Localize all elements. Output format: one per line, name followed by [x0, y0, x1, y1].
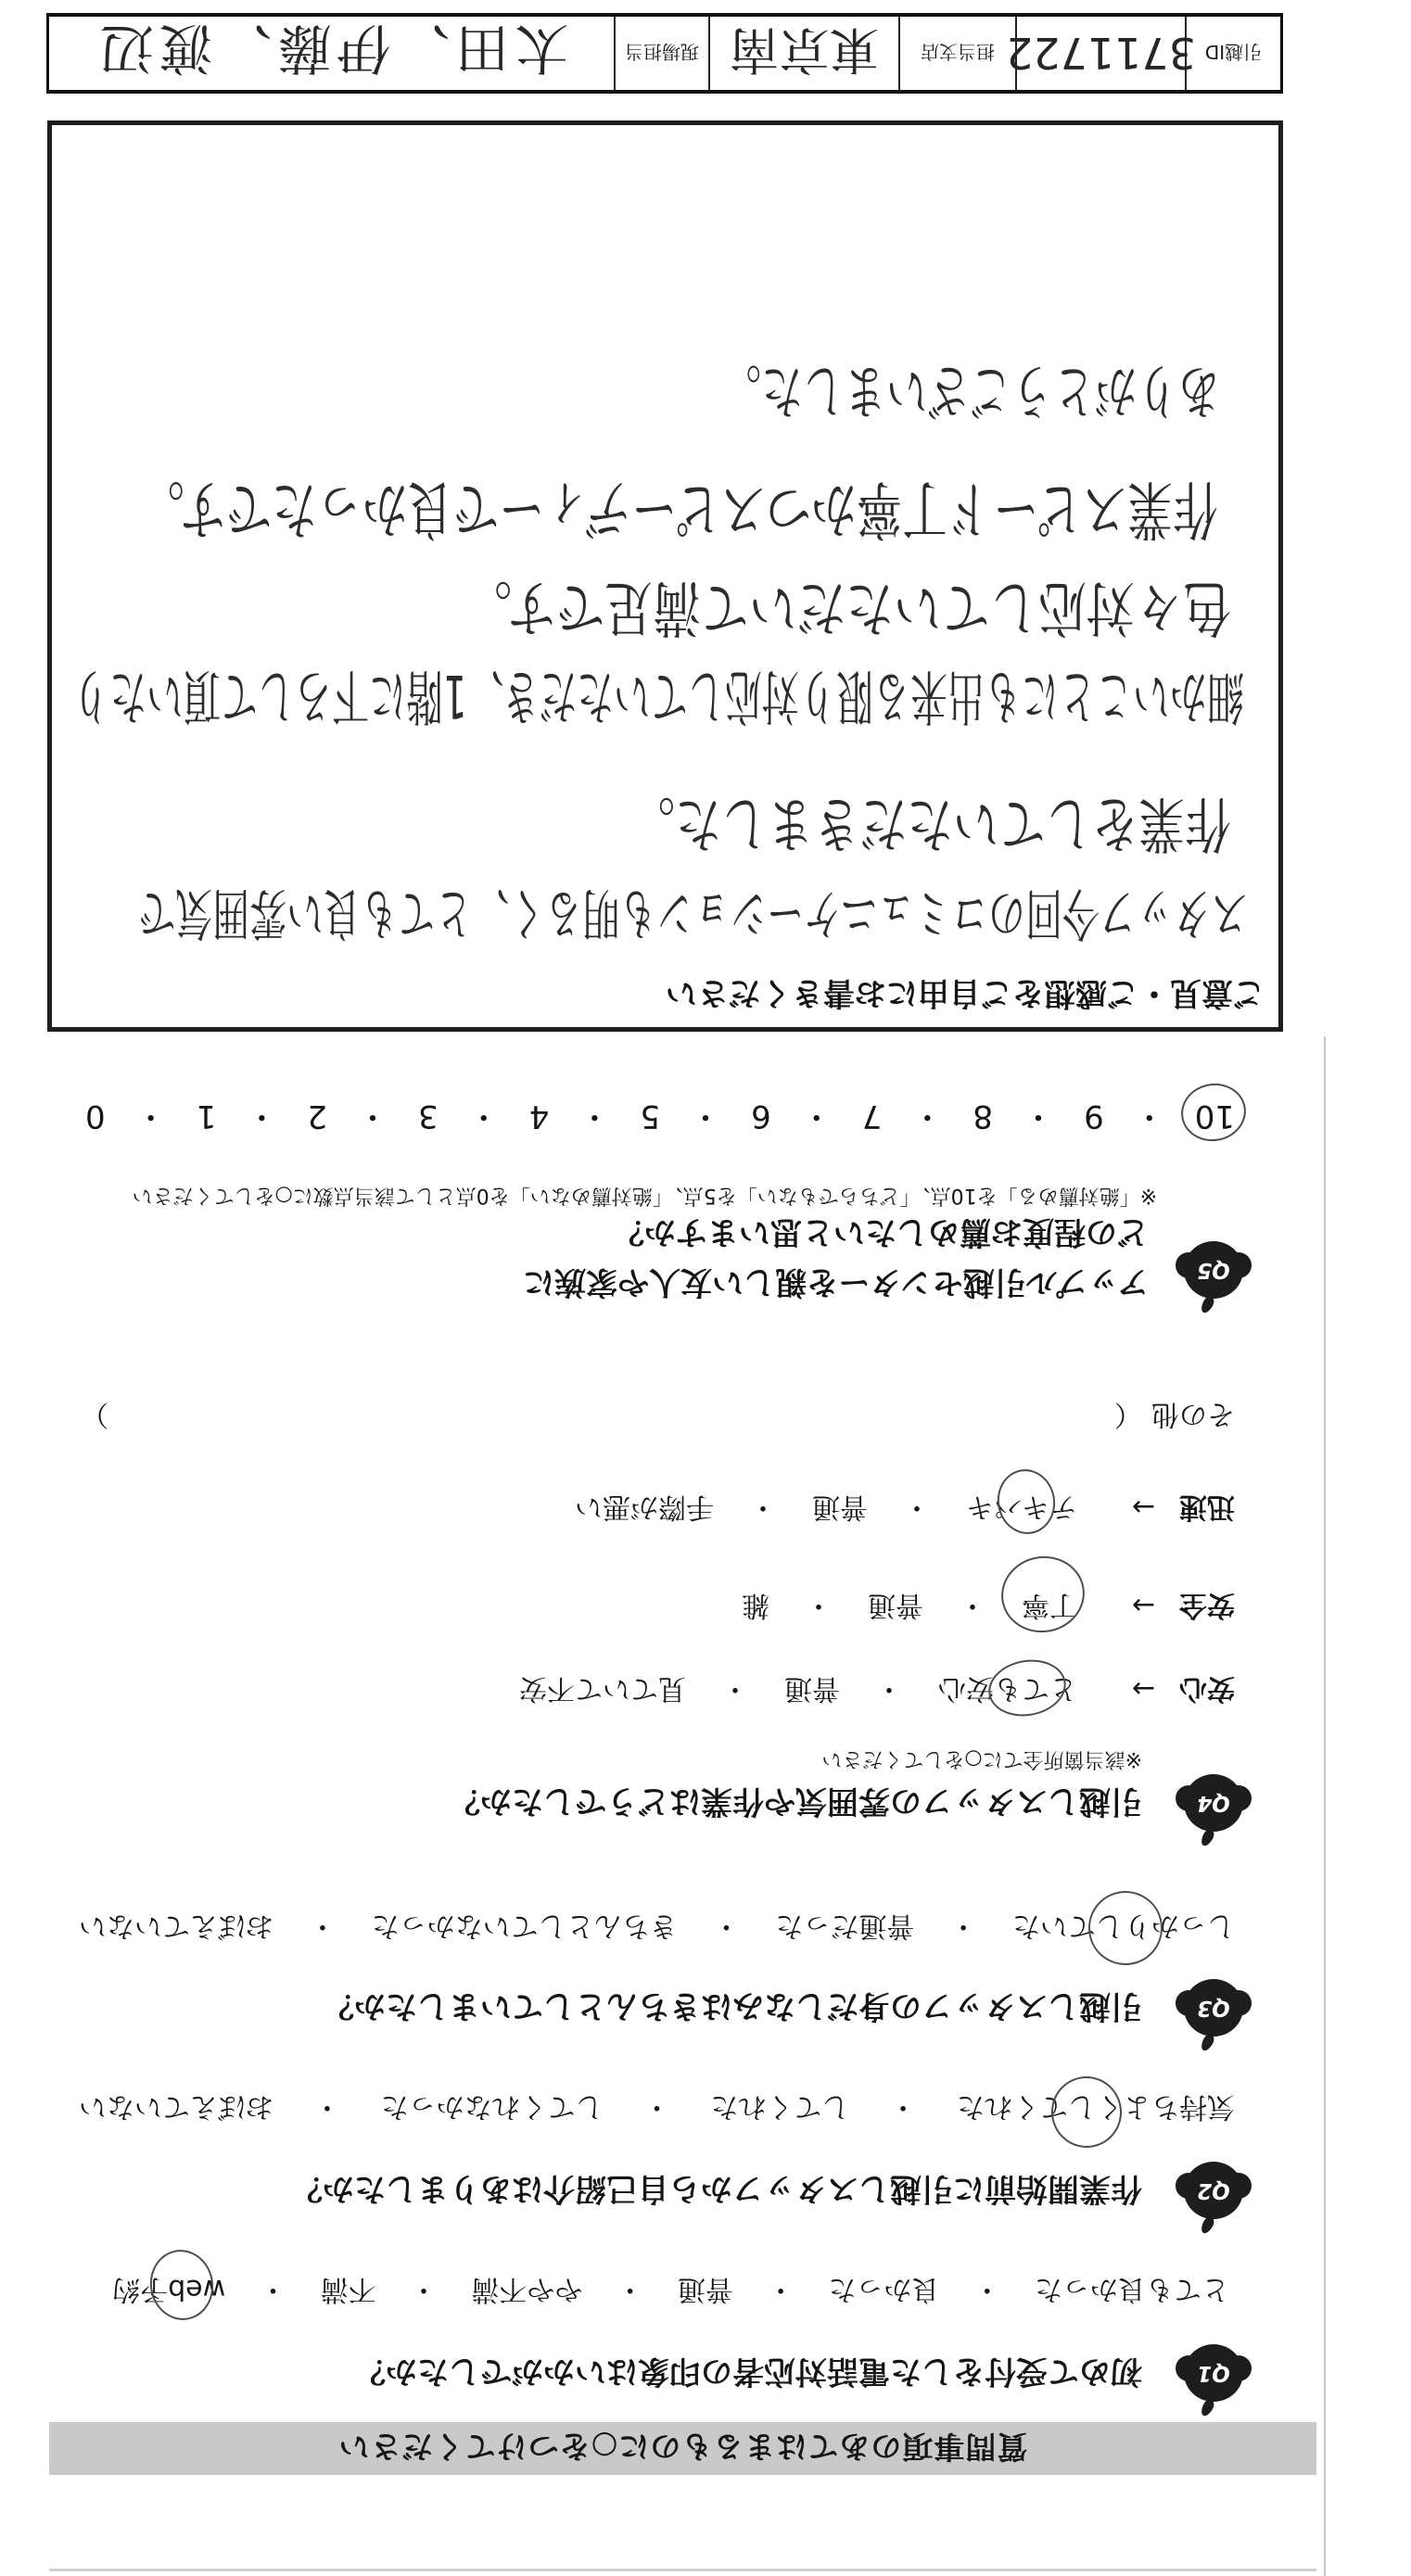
option: とても良かった: [1035, 2273, 1229, 2304]
q4-row-relief: 安心 → とても安心 ・ 普通 ・ 見ていて不安: [519, 1672, 1235, 1704]
option: 雑: [742, 1589, 769, 1620]
other-paren-close: ）: [81, 1398, 108, 1429]
option-separator: ・: [309, 1910, 337, 1941]
q2-badge-label: Q2: [1184, 2162, 1243, 2219]
score: 1: [197, 1098, 217, 1135]
option-separator: ・: [643, 2090, 671, 2122]
option-separator: ・: [973, 2273, 1001, 2304]
branch-label: 担当支店: [898, 17, 1015, 90]
handwritten-comment-line: 色々対応していただいて満足です。: [464, 577, 1231, 637]
handwritten-selection-circle: [145, 2245, 219, 2326]
q2-badge: Q2: [1172, 2156, 1255, 2234]
row-label: 迅速: [1179, 1491, 1235, 1522]
q4-question: 引越しスタッフの雰囲気や作業はどうでしたか？: [449, 1784, 1142, 1818]
option-separator: ・: [903, 1491, 931, 1522]
q1-options: とても良かった ・ 良かった ・ 普通 ・ やや不満 ・ 不満 ・ web予約: [112, 2273, 1229, 2304]
move-id-value: 3711722: [1015, 17, 1185, 90]
row-label: 安全: [1179, 1589, 1235, 1620]
q3-options: しっかりしていた ・ 普通だった ・ きちんとしていなかった ・ おぼえていない: [79, 1910, 1235, 1941]
q1-badge: Q1: [1172, 2339, 1255, 2417]
option: してくれた: [710, 2090, 849, 2122]
option-separator: ・: [617, 2273, 644, 2304]
option: きちんとしていなかった: [372, 1910, 678, 1941]
option-separator: ・: [410, 2273, 438, 2304]
footer-info-table: 引越ID 3711722 担当支店 東京南 現場担当 太田、伊藤、渡辺: [46, 13, 1283, 94]
option: 普通: [812, 1491, 868, 1522]
q1-question: 初めて受付をした電話対応者の印象はいかがでしたか？: [354, 2354, 1142, 2388]
option: 不満: [321, 2273, 376, 2304]
option: 普通だった: [775, 1910, 914, 1941]
q3-badge: Q3: [1172, 1973, 1255, 2051]
other-label: その他: [1151, 1398, 1235, 1430]
branch-value: 東京南: [708, 17, 898, 90]
survey-sheet: 質問事項のあてはまるものに○をつけてください Q1 初めて受付をした電話対応者の…: [0, 0, 1411, 2576]
handwritten-comment-line: スタッフ今回のコミュニケーションも明るく、とても良い雰囲気で: [138, 884, 1248, 940]
handwritten-comment-line: ありがとうございました。: [719, 362, 1220, 420]
score: 3: [418, 1098, 439, 1135]
q5-badge: Q5: [1172, 1236, 1255, 1313]
q5-question-line-1: アップル引越センターを親しい友人や家族に: [523, 1265, 1149, 1299]
q3-question: 引越しスタッフの身だしなみはきちんとしていましたか？: [323, 1989, 1142, 2023]
score-separator: ・: [468, 1098, 500, 1135]
handwritten-selection-circle: [1046, 2071, 1127, 2153]
option: 手際が悪い: [575, 1491, 714, 1522]
option-separator: ・: [875, 1672, 903, 1704]
scan-page-edge-horizontal: [49, 2569, 1316, 2571]
handwritten-selection-circle: [996, 1550, 1091, 1639]
comments-label: ご意見・ご感想をご自由にお書きください: [666, 976, 1265, 1009]
option: 普通: [868, 1589, 923, 1620]
score: 6: [751, 1098, 771, 1135]
q4-row-speed: 迅速 → テキパキ ・ 普通 ・ 手際が悪い: [575, 1491, 1235, 1522]
q5-badge-label: Q5: [1184, 1241, 1243, 1299]
score: 7: [862, 1098, 883, 1135]
other-paren-open: （: [1114, 1398, 1142, 1429]
score: 0: [85, 1098, 106, 1135]
q4-other-row: その他 （ ）: [85, 1398, 1235, 1429]
handwritten-selection-circle: [1083, 1885, 1169, 1972]
arrow-right-icon: →: [1127, 1491, 1155, 1522]
option-separator: ・: [949, 1910, 977, 1941]
option-separator: ・: [313, 2090, 341, 2122]
option: してくれなかった: [381, 2090, 604, 2122]
score-separator: ・: [578, 1098, 610, 1135]
option-separator: ・: [959, 1589, 986, 1620]
handwritten-comment-line: 細かいことにも出来る限り対応していただき、1階に下ろして頂いたり: [72, 666, 1244, 725]
staff-value: 太田、伊藤、渡辺: [49, 17, 614, 90]
q5-score-scale: 10 ・ 9 ・ 8 ・ 7 ・ 6 ・ 5 ・ 4 ・ 3 ・ 2 ・ 1 ・…: [85, 1098, 1235, 1135]
option: おぼえていない: [79, 2090, 273, 2122]
score: 8: [972, 1098, 993, 1135]
option: 普通: [678, 2273, 733, 2304]
q4-badge: Q4: [1172, 1769, 1255, 1846]
handwritten-selection-circle: [992, 1465, 1060, 1539]
option: やや不満: [471, 2273, 582, 2304]
option: 良かった: [828, 2273, 939, 2304]
row-label: 安心: [1179, 1672, 1235, 1704]
option: 見ていて不安: [519, 1672, 686, 1704]
score-separator: ・: [1023, 1098, 1054, 1135]
option-separator: ・: [259, 2273, 286, 2304]
score: 4: [529, 1098, 550, 1135]
handwritten-selection-circle: [1176, 1078, 1251, 1146]
score: 2: [307, 1098, 327, 1135]
score: 9: [1084, 1098, 1104, 1135]
arrow-right-icon: →: [1127, 1589, 1155, 1620]
q5-note: ※「絶対薦める」を10点、「どちらでもない」を5点、「絶対薦めない」を0点として…: [133, 1184, 1157, 1206]
option-separator: ・: [713, 1910, 741, 1941]
q4-note: ※該当箇所全てに○をしてください: [821, 1747, 1142, 1770]
score-separator: ・: [690, 1098, 721, 1135]
option: おぼえていない: [79, 1910, 273, 1941]
option-separator: ・: [889, 2090, 917, 2122]
instructions-band: 質問事項のあてはまるものに○をつけてください: [49, 2422, 1316, 2475]
instructions-text: 質問事項のあてはまるものに○をつけてください: [338, 2427, 1028, 2470]
handwritten-comment-line: 作業をしていただきました。: [629, 793, 1231, 854]
score-separator: ・: [357, 1098, 388, 1135]
score-separator: ・: [246, 1098, 277, 1135]
option-separator: ・: [721, 1672, 749, 1704]
handwritten-comment-line: 作業スピード丁寧かつスピーディーで良かったです。: [139, 476, 1218, 540]
score-separator: ・: [135, 1098, 167, 1135]
q1-badge-label: Q1: [1184, 2344, 1243, 2402]
move-id-label: 引越ID: [1185, 17, 1280, 90]
scan-page-edge-vertical: [1324, 1036, 1326, 2576]
q4-badge-label: Q4: [1184, 1774, 1243, 1832]
score-separator: ・: [911, 1098, 943, 1135]
option: 普通: [784, 1672, 840, 1704]
option-separator: ・: [805, 1589, 833, 1620]
score-separator: ・: [801, 1098, 833, 1135]
option-separator: ・: [749, 1491, 777, 1522]
q5-question-line-2: どの程度お薦めしたいと思いますか？: [613, 1215, 1149, 1249]
option-separator: ・: [767, 2273, 794, 2304]
q2-question: 作業開始前に引越しスタッフから自己紹介はありましたか？: [291, 2172, 1142, 2205]
arrow-right-icon: →: [1127, 1672, 1155, 1704]
handwritten-selection-circle: [984, 1654, 1070, 1722]
staff-label: 現場担当: [614, 17, 708, 90]
q4-row-safety: 安全 → 丁寧 ・ 普通 ・ 雑: [742, 1589, 1235, 1620]
q3-badge-label: Q3: [1184, 1979, 1243, 2037]
score-separator: ・: [1134, 1098, 1165, 1135]
score: 5: [640, 1098, 660, 1135]
